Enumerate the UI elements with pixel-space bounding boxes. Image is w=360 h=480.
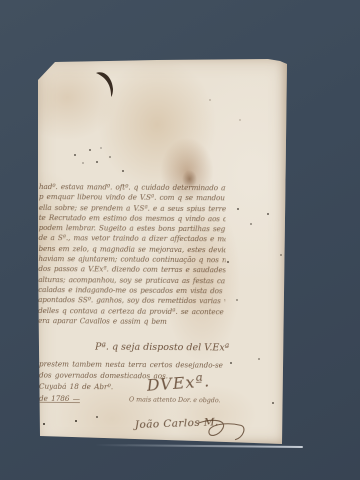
handwriting-block: hadº. estava mandº. oftº. q cuidado dete… <box>38 182 227 327</box>
handwriting-line: era aparar Cavallos e assim q bem <box>38 316 180 327</box>
closing-flourish-line: Pª. q seja disposto del V.Exª. <box>95 342 229 360</box>
manuscript-page: hadº. estava mandº. oftº. q cuidado dete… <box>37 59 287 446</box>
signature-flourish-icon <box>197 415 256 445</box>
signature: João Carlos M. <box>134 409 255 447</box>
dateline-place: Cuyabá 18 de Abrº. <box>39 382 121 393</box>
closing-line: prestem tambem nesta terra certos deseja… <box>39 359 226 370</box>
dateline-year: de 1786 — <box>39 394 99 404</box>
underlying-sheet-edge <box>95 444 303 448</box>
ink-blot-mark <box>95 69 117 97</box>
photo-backdrop: hadº. estava mandº. oftº. q cuidado dete… <box>0 0 360 480</box>
valediction-line: O mais attento Dor. e obgdo. <box>129 396 243 407</box>
